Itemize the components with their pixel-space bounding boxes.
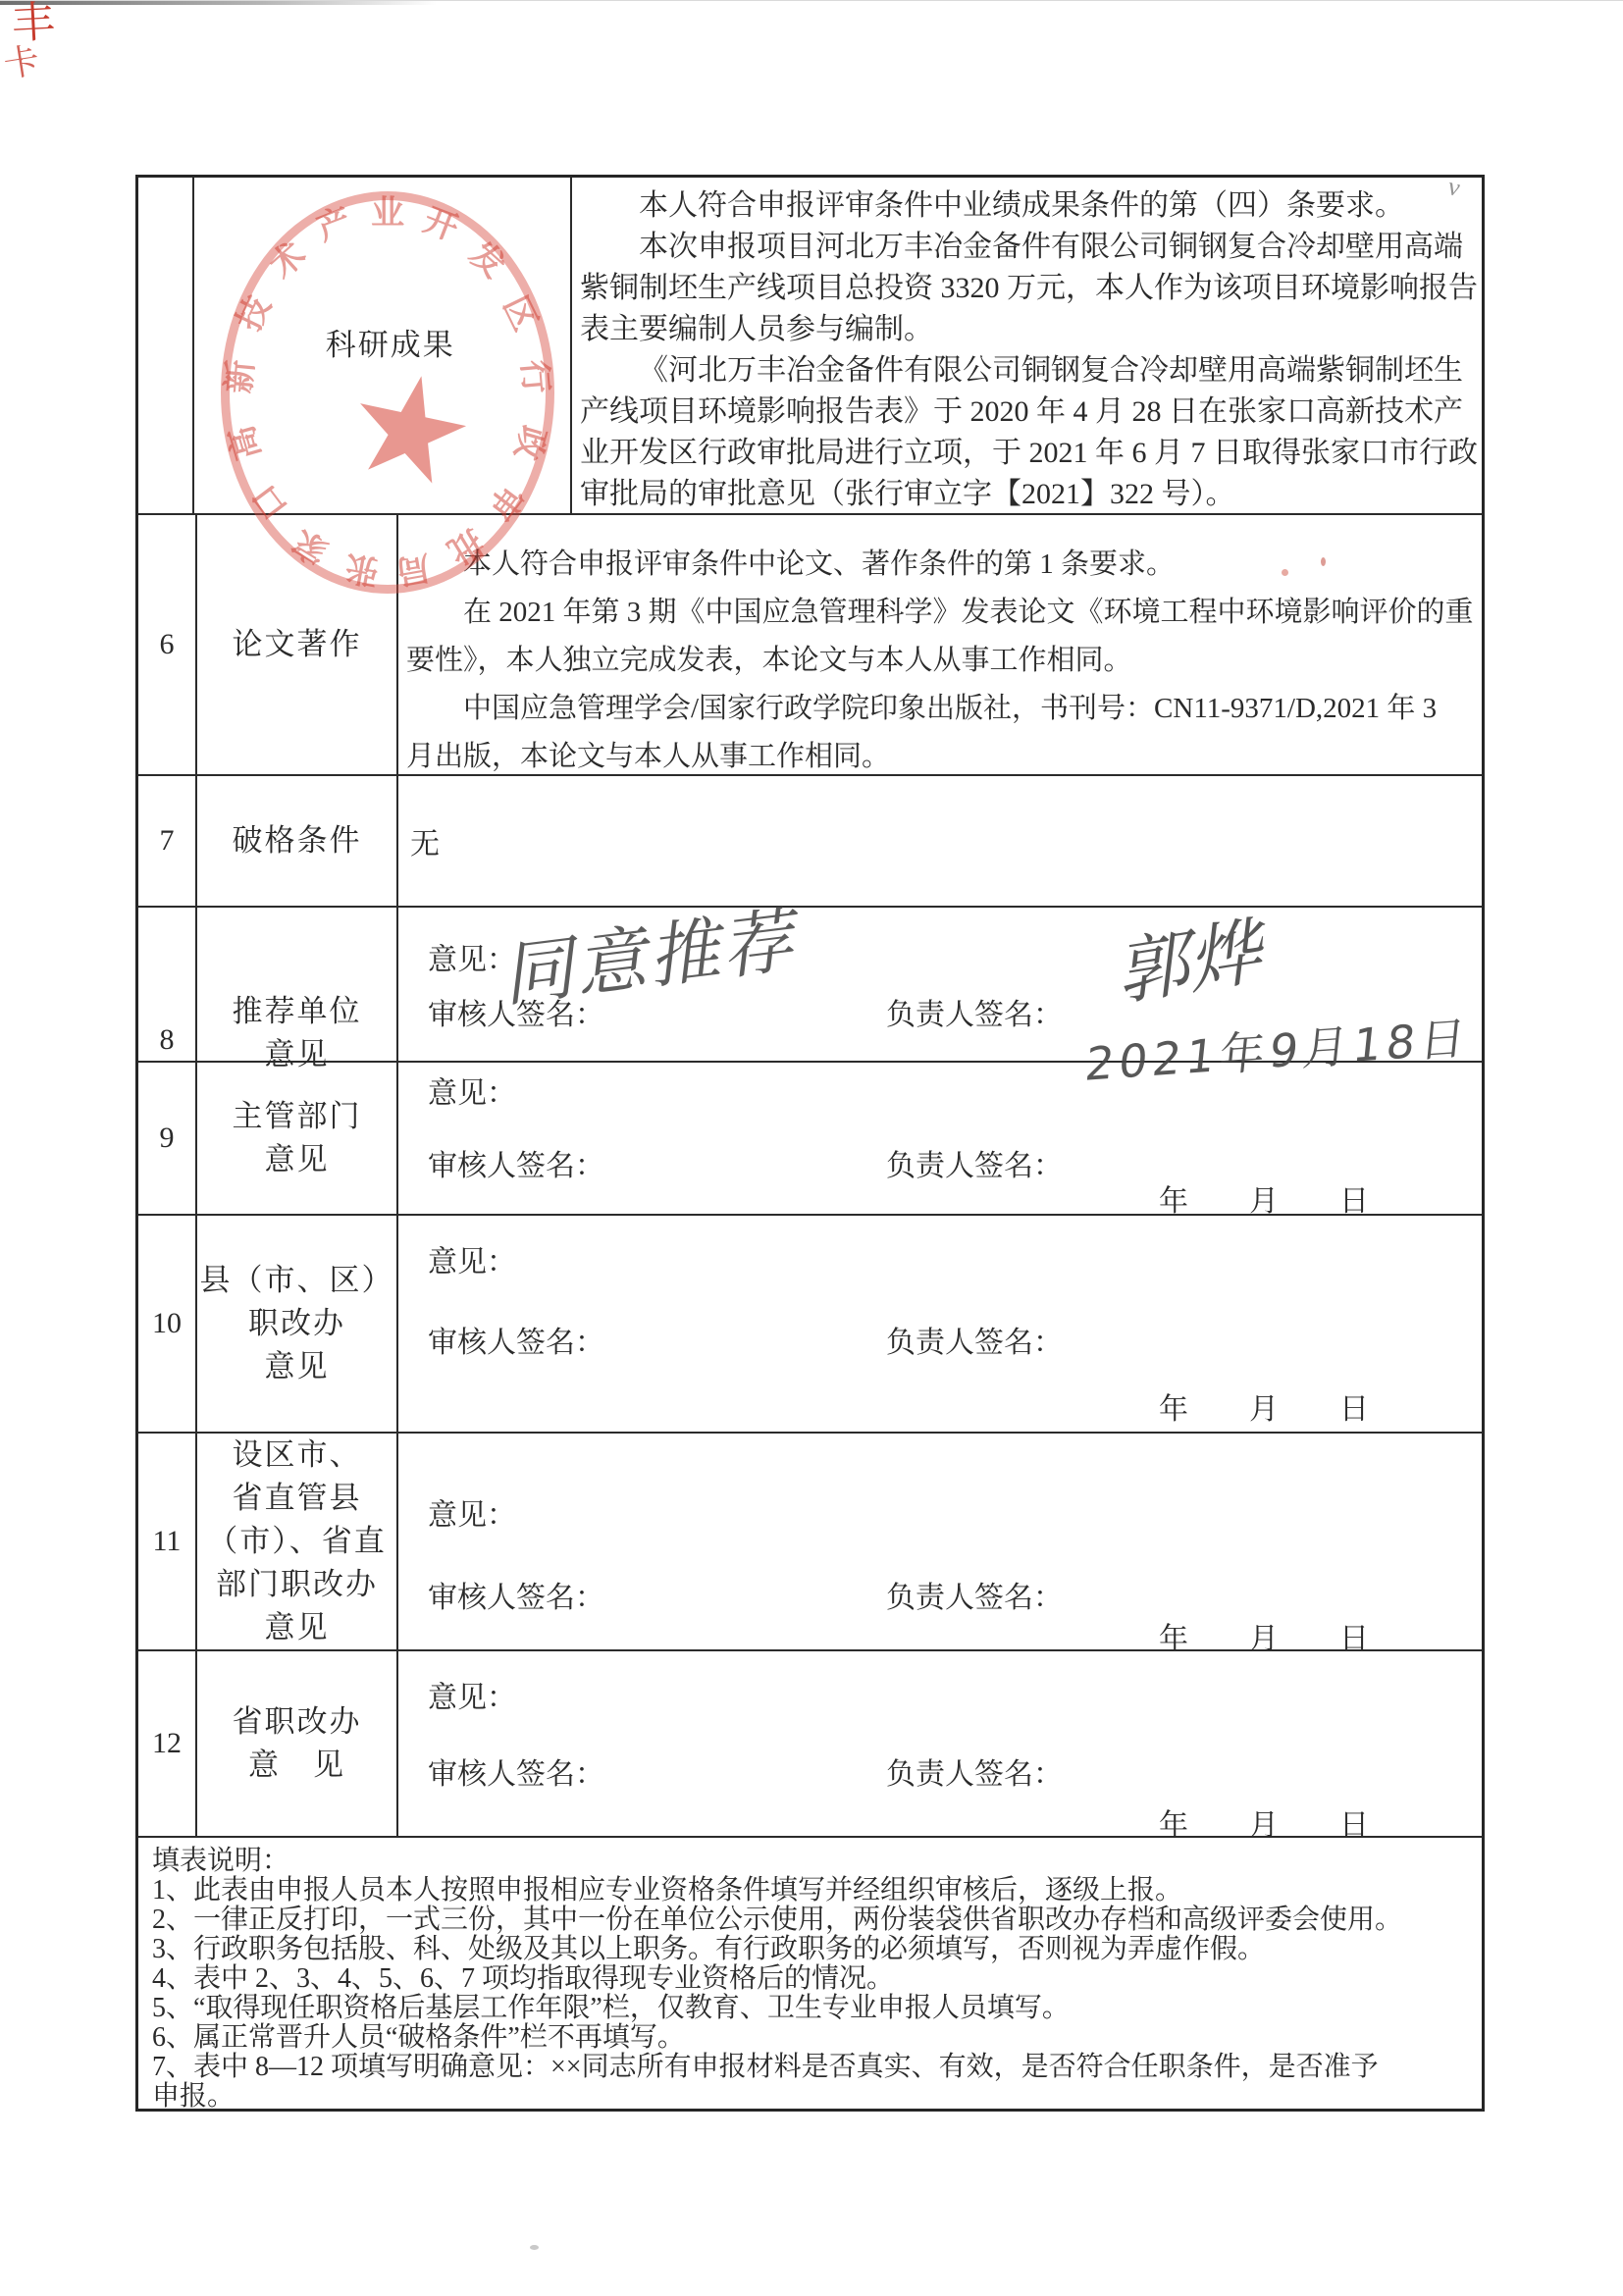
leader-signature-label: 负责人签名： <box>886 1573 1063 1616</box>
row-content: 意见： 审核人签名： 负责人签名： 年月日 <box>398 1434 1482 1649</box>
row-label-text: （市）、省直 <box>207 1520 387 1563</box>
scanned-form-page: 丰 卡 ν 科研成果 本人符合申报评审条件中业绩成果条件的第（四）条要求。 本次… <box>0 0 1623 2296</box>
row-label-text: 意见 <box>265 1345 330 1388</box>
reviewer-signature-label: 审核人签名： <box>428 1318 604 1361</box>
opinion-label: 意见： <box>428 935 516 978</box>
row-label-text: 科研成果 <box>326 324 455 367</box>
content-line: 紫铜制坯生产线项目总投资 3320 万元，本人作为该项目环境影响报告 <box>580 268 1478 309</box>
row-content: 意见： 审核人签名： 负责人签名： 年月日 <box>398 1216 1482 1432</box>
note-line: 2、一律正反打印，一式三份，其中一份在单位公示使用，两份装袋供省职改办存档和高级… <box>152 1905 1476 1935</box>
content-line: 本人符合申报评审条件中论文、著作条件的第 1 条要求。 <box>406 541 1480 589</box>
year-label: 年 <box>1159 1185 1188 1218</box>
day-label: 日 <box>1339 1809 1369 1842</box>
table-row-6: 6 论文著作 本人符合申报评审条件中论文、著作条件的第 1 条要求。 在 202… <box>138 515 1482 776</box>
row-label-text: 主管部门 <box>233 1095 362 1138</box>
row-label: 论文著作 <box>197 515 398 774</box>
notes-title: 填表说明： <box>152 1847 1476 1876</box>
row-label-text: 论文著作 <box>233 623 362 666</box>
row-content: 意见： 审核人签名： 负责人签名： 年月日 <box>398 1063 1482 1214</box>
row-content: 本人符合申报评审条件中论文、著作条件的第 1 条要求。 在 2021 年第 3 … <box>398 515 1482 774</box>
scan-speck <box>530 2245 539 2250</box>
table-row-11: 11 设区市、 省直管县 （市）、省直 部门职改办 意见 意见： 审核人签名： … <box>138 1434 1482 1651</box>
content-line: 业开发区行政审批局进行立项，于 2021 年 6 月 7 日取得张家口市行政 <box>580 433 1478 474</box>
reviewer-signature-label: 审核人签名： <box>428 1141 604 1184</box>
content-line: 《河北万丰冶金备件有限公司铜钢复合冷却壁用高端紫铜制坯生 <box>580 350 1478 391</box>
year-label: 年 <box>1159 1393 1188 1426</box>
note-line: 5、“取得现任职资格后基层工作年限”栏，仅教育、卫生专业申报人员填写。 <box>152 1994 1476 2023</box>
leader-signature-label: 负责人签名： <box>886 990 1063 1033</box>
note-line: 7、表中 8—12 项填写明确意见：××同志所有申报材料是否真实、有效，是否符合… <box>152 2053 1476 2082</box>
row-label-text: 破格条件 <box>233 819 362 862</box>
content-line: 审批局的审批意见（张行审立字【2021】322 号）。 <box>580 474 1478 515</box>
row-number: 10 <box>138 1216 197 1432</box>
row-label-text: 意见 <box>265 1138 330 1181</box>
table-row-research: 科研成果 本人符合申报评审条件中业绩成果条件的第（四）条要求。 本次申报项目河北… <box>138 178 1482 515</box>
content-line: 月出版，本论文与本人从事工作相同。 <box>406 733 1480 781</box>
table-row-7: 7 破格条件 无 <box>138 776 1482 908</box>
note-line: 4、表中 2、3、4、5、6、7 项均指取得现专业资格后的情况。 <box>152 1964 1476 1994</box>
row-label: 省职改办 意 见 <box>197 1651 398 1836</box>
date-placeholder: 年月日 <box>1159 1176 1430 1220</box>
year-label: 年 <box>1159 1809 1188 1842</box>
scan-artifact-top-line <box>0 0 1623 1</box>
row-value: 无 <box>410 819 440 862</box>
row-label: 破格条件 <box>197 776 398 906</box>
row-label-text: 职改办 <box>248 1302 345 1345</box>
row-label: 科研成果 <box>194 178 572 513</box>
note-line: 6、属正常晋升人员“破格条件”栏不再填写。 <box>152 2023 1476 2053</box>
row-label: 设区市、 省直管县 （市）、省直 部门职改办 意见 <box>197 1434 398 1649</box>
opinion-label: 意见： <box>428 1490 516 1534</box>
opinion-label: 意见： <box>428 1069 516 1112</box>
reviewer-signature-label: 审核人签名： <box>428 1749 604 1793</box>
content-line: 表主要编制人员参与编制。 <box>580 309 1478 350</box>
note-line: 3、行政职务包括股、科、处级及其以上职务。有行政职务的必须填写，否则视为弄虚作假… <box>152 1935 1476 1964</box>
row-label-text: 设区市、 <box>233 1434 362 1477</box>
handwritten-signature: 郭烨 <box>1117 891 1274 1021</box>
opinion-label: 意见： <box>428 1237 516 1280</box>
content-line: 本人符合申报评审条件中业绩成果条件的第（四）条要求。 <box>580 185 1478 227</box>
row-label-text: 省直管县 <box>233 1477 362 1520</box>
day-label: 日 <box>1339 1185 1369 1218</box>
content-line: 要性》，本人独立完成发表，本论文与本人从事工作相同。 <box>406 637 1480 685</box>
row-label-text: 意 见 <box>248 1744 345 1787</box>
row-content: 无 <box>398 776 1482 906</box>
month-label: 月 <box>1249 1809 1279 1842</box>
row-content: 意见： 审核人签名： 负责人签名： 年月日 <box>398 1651 1482 1836</box>
date-placeholder: 年月日 <box>1159 1384 1430 1428</box>
leader-signature-label: 负责人签名： <box>886 1749 1063 1793</box>
note-line: 1、此表由申报人员本人按照申报相应专业资格条件填写并经组织审核后，逐级上报。 <box>152 1876 1476 1905</box>
reviewer-signature-label: 审核人签名： <box>428 1573 604 1616</box>
content-line: 本次申报项目河北万丰冶金备件有限公司铜钢复合冷却壁用高端 <box>580 227 1478 268</box>
row-number-cell <box>138 178 194 513</box>
row-number: 9 <box>138 1063 197 1214</box>
row-number: 11 <box>138 1434 197 1649</box>
note-line: 申报。 <box>152 2082 1476 2112</box>
date-placeholder: 年月日 <box>1159 1800 1430 1844</box>
red-corner-mark: 卡 <box>1 42 41 82</box>
table-row-notes: 填表说明： 1、此表由申报人员本人按照申报相应专业资格条件填写并经组织审核后，逐… <box>138 1838 1482 2109</box>
row-number: 8 <box>138 908 197 1061</box>
row-number: 12 <box>138 1651 197 1836</box>
content-line: 中国应急管理学会/国家行政学院印象出版社，书刊号：CN11-9371/D,202… <box>406 685 1480 733</box>
row-label-text: 省职改办 <box>233 1700 362 1744</box>
row-content: 意见： 同意推荐 审核人签名： 负责人签名： 郭烨 2021年9月18日 <box>398 908 1482 1061</box>
leader-signature-label: 负责人签名： <box>886 1141 1063 1184</box>
leader-signature-label: 负责人签名： <box>886 1318 1063 1361</box>
table-row-9: 9 主管部门 意见 意见： 审核人签名： 负责人签名： 年月日 <box>138 1063 1482 1216</box>
month-label: 月 <box>1249 1185 1279 1218</box>
content-line: 在 2021 年第 3 期《中国应急管理科学》发表论文《环境工程中环境影响评价的… <box>406 589 1480 637</box>
table-row-8: 8 推荐单位 意见 意见： 同意推荐 审核人签名： 负责人签名： 郭烨 2021… <box>138 908 1482 1063</box>
opinion-label: 意见： <box>428 1673 516 1716</box>
red-corner-mark: 丰 <box>11 1 56 46</box>
row-label-text: 意见 <box>265 1606 330 1649</box>
row-label: 推荐单位 意见 <box>197 908 398 1061</box>
month-label: 月 <box>1249 1393 1279 1426</box>
application-form-table: 科研成果 本人符合申报评审条件中业绩成果条件的第（四）条要求。 本次申报项目河北… <box>135 175 1485 2112</box>
row-number: 6 <box>138 515 197 774</box>
row-label-text: 部门职改办 <box>216 1563 378 1606</box>
row-number: 7 <box>138 776 197 906</box>
table-row-12: 12 省职改办 意 见 意见： 审核人签名： 负责人签名： 年月日 <box>138 1651 1482 1838</box>
row-label-text: 推荐单位 <box>233 990 362 1033</box>
row-content: 本人符合申报评审条件中业绩成果条件的第（四）条要求。 本次申报项目河北万丰冶金备… <box>572 178 1482 513</box>
table-row-10: 10 县（市、区） 职改办 意见 意见： 审核人签名： 负责人签名： 年月日 <box>138 1216 1482 1434</box>
row-label: 主管部门 意见 <box>197 1063 398 1214</box>
content-line: 产线项目环境影响报告表》于 2020 年 4 月 28 日在张家口高新技术产 <box>580 391 1478 433</box>
notes-cell: 填表说明： 1、此表由申报人员本人按照申报相应专业资格条件填写并经组织审核后，逐… <box>138 1838 1482 2109</box>
row-label: 县（市、区） 职改办 意见 <box>197 1216 398 1432</box>
row-label-text: 县（市、区） <box>200 1259 394 1302</box>
day-label: 日 <box>1339 1393 1369 1426</box>
